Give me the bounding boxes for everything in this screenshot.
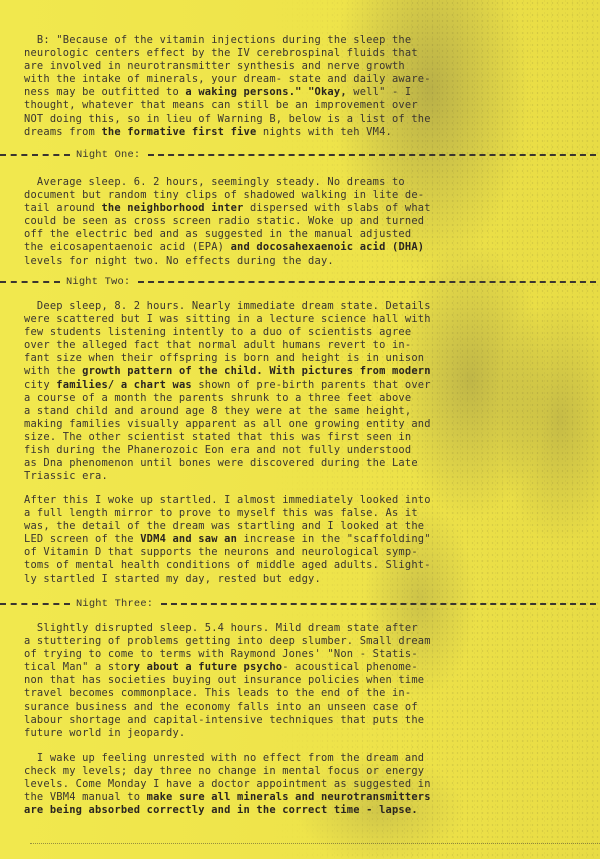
text-line: neurologic centers effect by the IV cere…	[24, 47, 418, 59]
text-line: of trying to come to terms with Raymond …	[24, 648, 418, 660]
text-line: tical Man" a sto	[24, 661, 127, 673]
text-line: document but random tiny clips of shadow…	[24, 189, 424, 201]
night-one-paragraph: Average sleep. 6. 2 hours, seemingly ste…	[24, 176, 484, 268]
bold-emphasis: a waking persons." "Okay,	[185, 86, 346, 98]
text-line: travel becomes commonplace. This leads t…	[24, 687, 411, 699]
dashed-rule	[0, 154, 70, 156]
text-line: with the intake of minerals, your dream-…	[24, 73, 431, 85]
text-line: levels. Come Monday I have a doctor appo…	[24, 778, 431, 790]
text-line: shown of pre-birth parents that over	[192, 379, 431, 391]
dashed-rule	[138, 281, 596, 283]
text-line: size. The other scientist stated that th…	[24, 431, 411, 443]
text-line: off the electric bed and as suggested in…	[24, 228, 411, 240]
text-line: LED screen of the	[24, 533, 140, 545]
text-line: Triassic era.	[24, 470, 108, 482]
text-line: increase in the "scaffolding"	[237, 533, 431, 545]
text-line: tail around	[24, 202, 101, 214]
text-line: are involved in neurotransmitter synthes…	[24, 60, 405, 72]
text-line: ness may be outfitted to	[24, 86, 185, 98]
text-line: over the alleged fact that normal adult …	[24, 339, 411, 351]
text-line: fant size when their offspring is born a…	[24, 352, 424, 364]
night-two-divider: Night Two:	[0, 275, 600, 289]
text-line: Slightly disrupted sleep. 5.4 hours. Mil…	[24, 622, 418, 634]
photocopy-edge-line	[30, 843, 600, 844]
text-line: toms of mental health conditions of midd…	[24, 559, 431, 571]
bold-emphasis: the neighborhood inter	[101, 202, 243, 214]
bold-emphasis: families/ a chart was	[56, 379, 192, 391]
night-two-paragraph-2: After this I woke up startled. I almost …	[24, 494, 484, 586]
text-line: non that has societies buying out insura…	[24, 674, 424, 686]
text-line: levels for night two. No effects during …	[24, 255, 334, 267]
text-line: fish during the Phanerozoic Eon era and …	[24, 444, 411, 456]
text-line: future world in jeopardy.	[24, 727, 185, 739]
text-line: was, the detail of the dream was startli…	[24, 520, 424, 532]
text-line: the VBM4 manual to	[24, 791, 147, 803]
text-line: a full length mirror to prove to myself …	[24, 507, 418, 519]
text-line: dispersed with slabs of what	[244, 202, 431, 214]
text-line: a course of a month the parents shrunk t…	[24, 392, 411, 404]
night-three-paragraph-2: I wake up feeling unrested with no effec…	[24, 752, 484, 817]
text-line: of Vitamin D that supports the neurons a…	[24, 546, 418, 558]
text-line: NOT doing this, so in lieu of Warning B,…	[24, 113, 431, 125]
text-line: ly startled I started my day, rested but…	[24, 573, 321, 585]
bold-emphasis: are being absorbed correctly and in the …	[24, 804, 418, 816]
dashed-rule	[0, 603, 70, 605]
night-two-paragraph-1: Deep sleep, 8. 2 hours. Nearly immediate…	[24, 300, 484, 483]
dashed-rule	[161, 603, 596, 605]
text-line: were scattered but I was sitting in a le…	[24, 313, 431, 325]
bold-emphasis: ry about a future psycho	[127, 661, 282, 673]
text-line: a stuttering of problems getting into de…	[24, 635, 431, 647]
night-one-heading: Night One:	[76, 149, 140, 161]
text-line: the eicosapentaenoic acid (EPA)	[24, 241, 231, 253]
text-line: a stand child and around age 8 they were…	[24, 405, 411, 417]
text-line: thought, whatever that means can still b…	[24, 99, 418, 111]
text-line: city	[24, 379, 56, 391]
text-line: - acoustical phenome-	[282, 661, 418, 673]
text-line: After this I woke up startled. I almost …	[24, 494, 431, 506]
bold-emphasis: the formative first five	[101, 126, 256, 138]
dashed-rule	[148, 154, 596, 156]
text-line: could be seen as cross screen radio stat…	[24, 215, 424, 227]
text-line: well" - I	[347, 86, 412, 98]
text-line: I wake up feeling unrested with no effec…	[24, 752, 424, 764]
night-two-heading: Night Two:	[66, 276, 130, 288]
text-line: dreams from	[24, 126, 101, 138]
night-three-divider: Night Three:	[0, 597, 600, 611]
night-one-divider: Night One:	[0, 148, 600, 162]
text-line: few students listening intently to a duo…	[24, 326, 411, 338]
text-line: surance business and the economy falls i…	[24, 701, 418, 713]
text-line: B: "Because of the vitamin injections du…	[24, 34, 411, 46]
bold-emphasis: and docosahexaenoic acid (DHA)	[231, 241, 425, 253]
intro-paragraph: B: "Because of the vitamin injections du…	[24, 34, 484, 139]
bold-emphasis: make sure all minerals and neurotransmit…	[147, 791, 431, 803]
night-three-heading: Night Three:	[76, 598, 153, 610]
text-line: check my levels; day three no change in …	[24, 765, 424, 777]
text-line: with the	[24, 365, 82, 377]
night-three-paragraph-1: Slightly disrupted sleep. 5.4 hours. Mil…	[24, 622, 484, 740]
text-line: Deep sleep, 8. 2 hours. Nearly immediate…	[24, 300, 431, 312]
bold-emphasis: growth pattern of the child. With pictur…	[82, 365, 431, 377]
bold-emphasis: VDM4 and saw an	[140, 533, 237, 545]
text-line: making families visually apparent as all…	[24, 418, 431, 430]
dashed-rule	[0, 281, 60, 283]
text-line: Average sleep. 6. 2 hours, seemingly ste…	[24, 176, 405, 188]
text-line: as Dna phenomenon until bones were disco…	[24, 457, 418, 469]
text-line: labour shortage and capital-intensive te…	[24, 714, 424, 726]
text-line: nights with teh VM4.	[256, 126, 392, 138]
